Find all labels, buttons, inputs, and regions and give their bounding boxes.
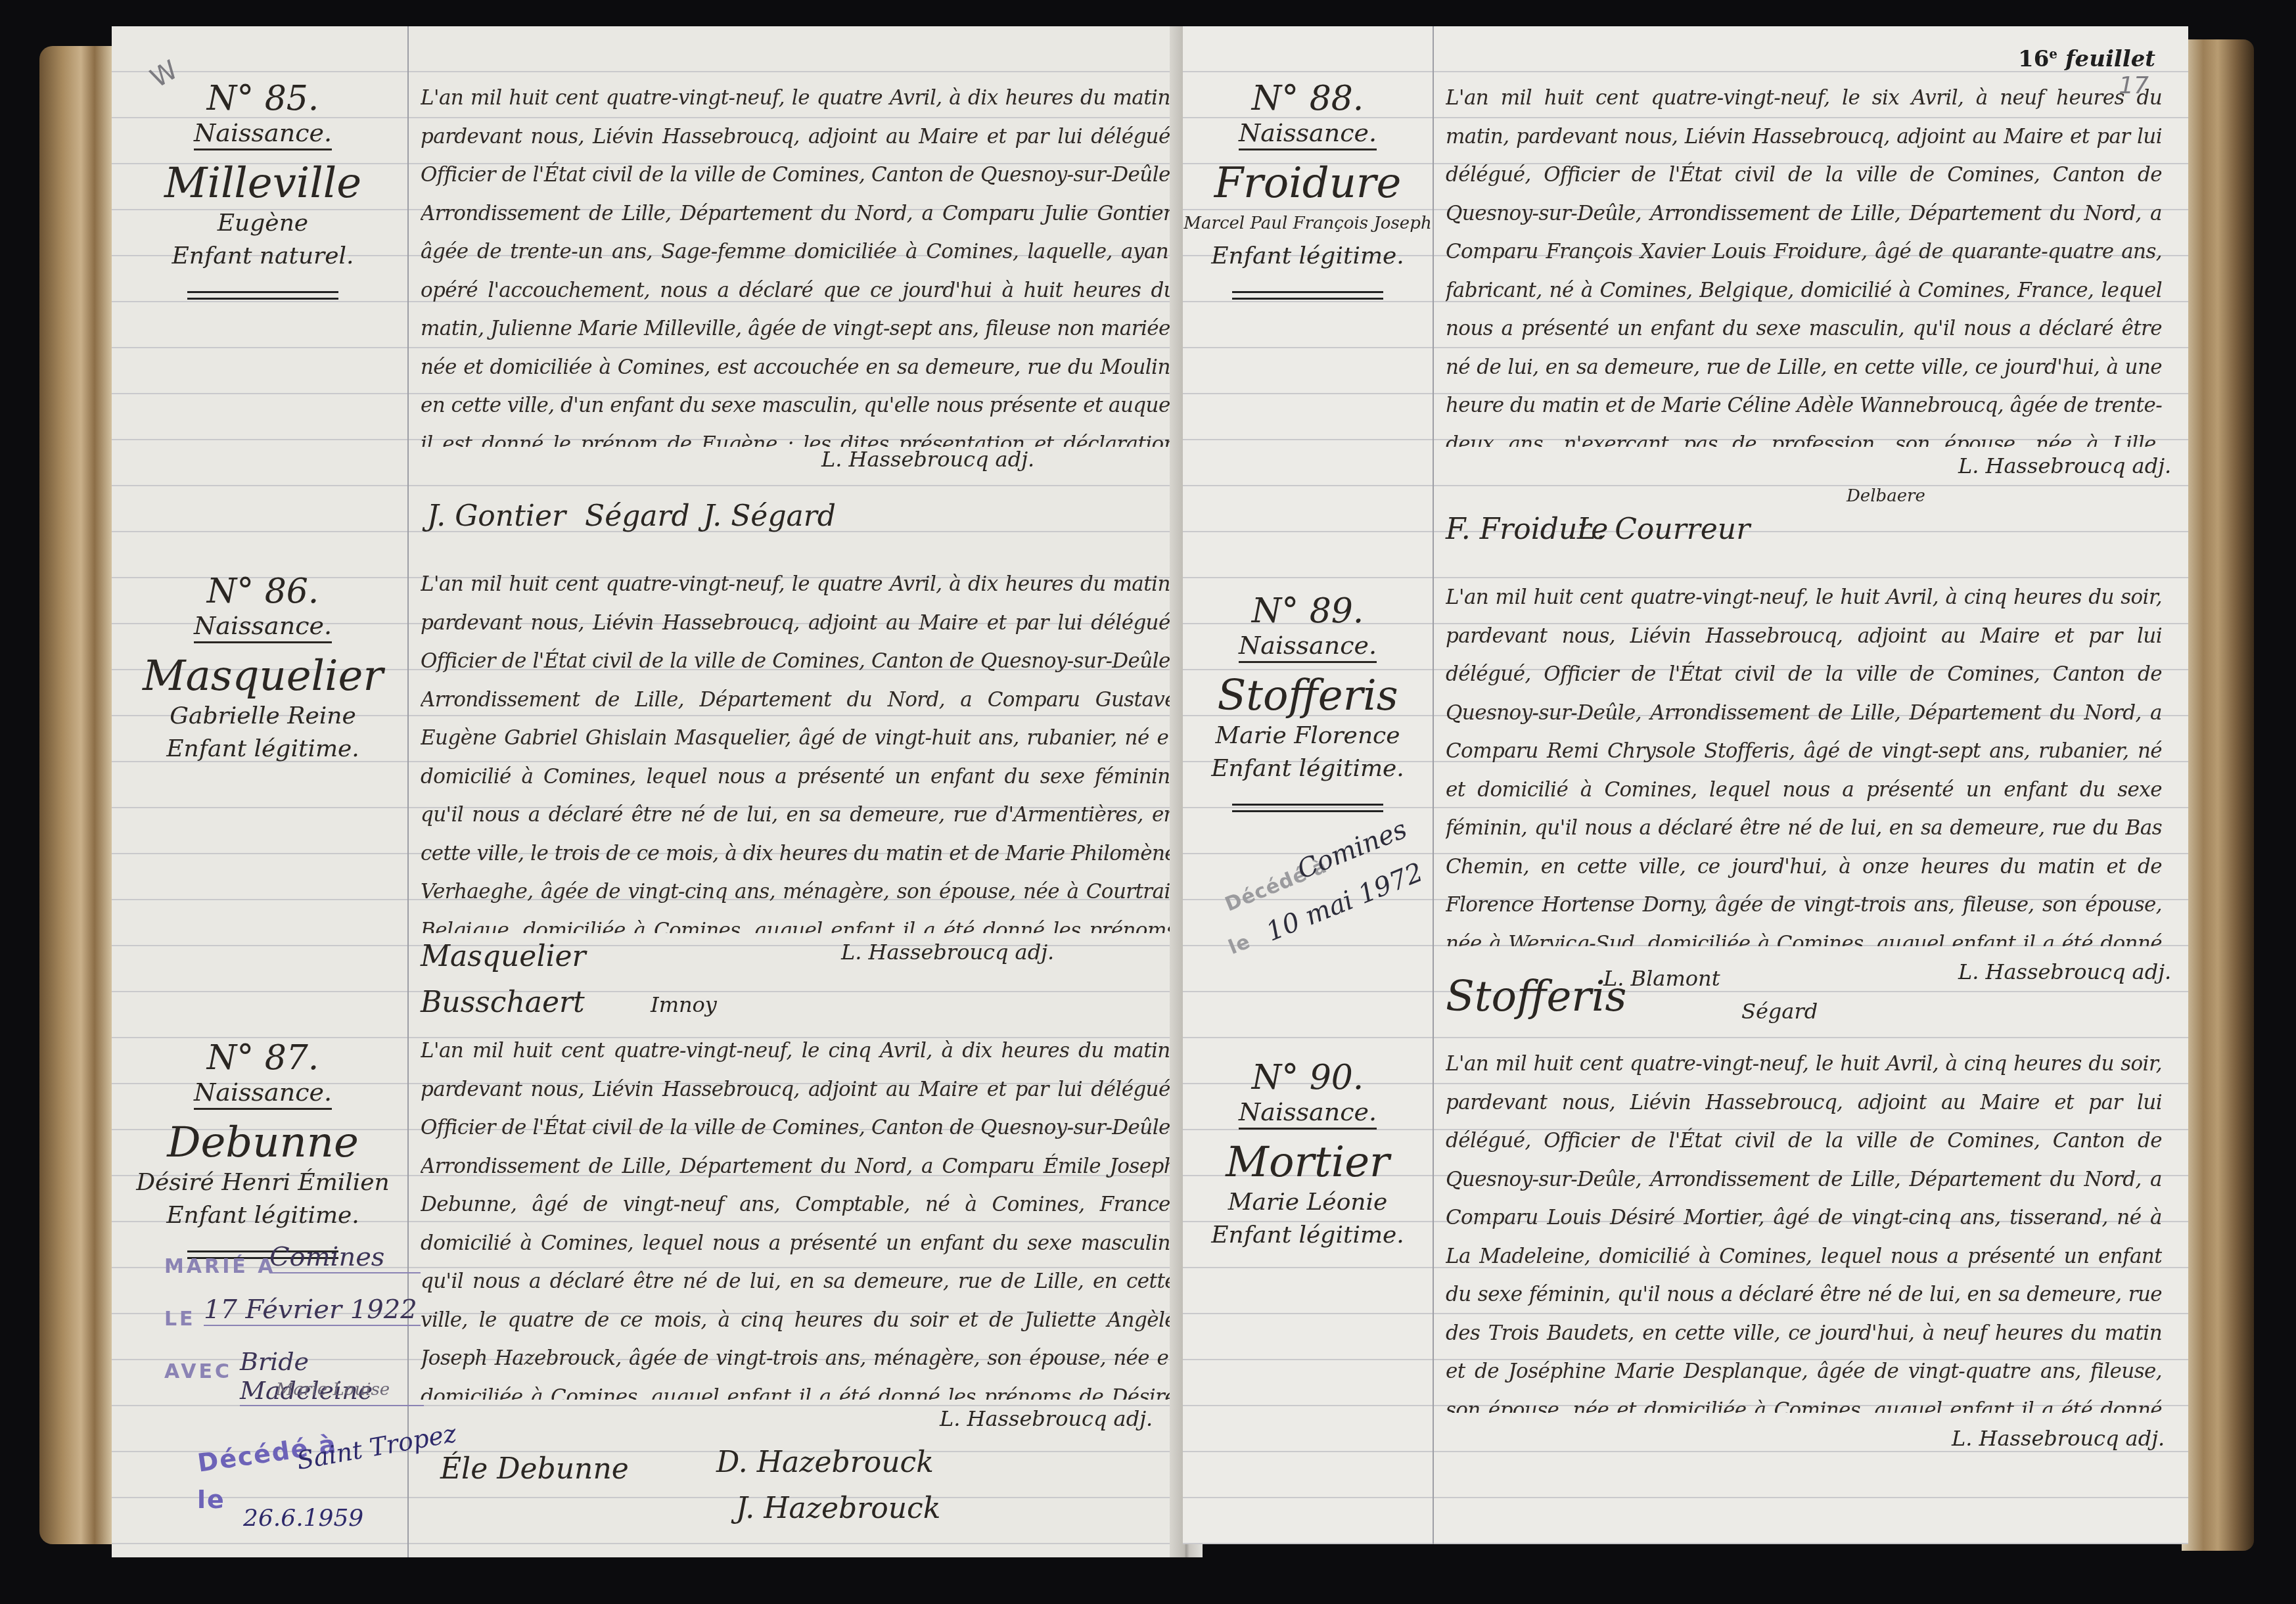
signature-officer: L. Hassebroucq adj.: [1952, 1426, 2165, 1451]
entry-kind: Naissance.: [1239, 631, 1377, 663]
entry-header-88: N° 88. Naissance. Froidure Marcel Paul F…: [1183, 79, 1433, 300]
stamp-value-date: 17 Février 1922: [204, 1295, 421, 1326]
entry-given-names: Eugène: [131, 207, 394, 240]
entry-given-names: Gabrielle Reine: [131, 700, 394, 733]
entry-status: Enfant naturel.: [131, 240, 394, 273]
entry-surname: Masquelier: [131, 653, 394, 700]
signature: Ségard: [585, 499, 690, 533]
book-edge-right: [2182, 39, 2254, 1551]
folio-label: feuillet: [2065, 46, 2155, 72]
stamp-label-date: LE: [164, 1308, 196, 1331]
entry-text-86: L'an mil huit cent quatre-vingt-neuf, le…: [421, 565, 1176, 933]
entry-header-90: N° 90. Naissance. Mortier Marie Léonie E…: [1183, 1058, 1433, 1252]
entry-kind: Naissance.: [194, 1078, 332, 1110]
entry-number: N° 90.: [1183, 1058, 1433, 1097]
entry-header-87: N° 87. Naissance. Debunne Désiré Henri É…: [131, 1038, 394, 1259]
signature: L. Blamont: [1603, 966, 1720, 991]
entry-separator-rule: [1232, 804, 1383, 812]
entry-text-88: L'an mil huit cent quatre-vingt-neuf, le…: [1446, 79, 2162, 447]
entry-given-names: Marie Léonie: [1183, 1186, 1433, 1219]
entry-text-85: L'an mil huit cent quatre-vingt-neuf, le…: [421, 79, 1176, 447]
signature: Ségard: [1741, 999, 1818, 1024]
entry-number: N° 89.: [1183, 591, 1433, 631]
entry-text-89: L'an mil huit cent quatre-vingt-neuf, le…: [1446, 578, 2162, 946]
signature: L. Courreur: [1577, 513, 1750, 546]
entry-surname: Milleville: [131, 160, 394, 207]
entry-kind: Naissance.: [1239, 118, 1377, 150]
stamp-label-married: MARIÉ A: [164, 1255, 276, 1278]
signature: J. Gontier: [427, 499, 566, 533]
entry-separator-rule: [187, 291, 338, 300]
signature: Busschaert: [421, 986, 585, 1019]
entry-number: N° 87.: [131, 1038, 394, 1078]
entry-kind: Naissance.: [194, 118, 332, 150]
stamp-value-spouse-extra: Marie Louise: [276, 1380, 390, 1400]
folio-num: 16: [2018, 46, 2049, 72]
entry-given-names: Marcel Paul François Joseph: [1183, 207, 1433, 240]
entry-surname: Froidure: [1183, 160, 1433, 207]
right-page: 16e feuillet 17 N° 88. Naissance. Froidu…: [1183, 26, 2188, 1544]
entry-surname: Mortier: [1183, 1139, 1433, 1186]
entry-number: N° 85.: [131, 79, 394, 118]
stamp-value-death-date: 26.6.1959: [243, 1505, 363, 1532]
entry-header-85: N° 85. Naissance. Milleville Eugène Enfa…: [131, 79, 394, 300]
signature-officer: L. Hassebroucq adj.: [821, 447, 1034, 472]
entry-status: Enfant légitime.: [1183, 240, 1433, 273]
stamp-label-le: le: [1226, 930, 1254, 959]
entry-given-names: Marie Florence: [1183, 720, 1433, 752]
entry-status: Enfant légitime.: [1183, 1219, 1433, 1252]
signature-officer: L. Hassebroucq adj.: [1958, 959, 2171, 984]
signature: Delbaere: [1847, 486, 1925, 506]
entry-status: Enfant légitime.: [131, 733, 394, 766]
signature-officer: L. Hassebroucq adj.: [1958, 453, 2171, 478]
signature: J. Hazebrouck: [736, 1492, 940, 1525]
entry-surname: Debunne: [131, 1119, 394, 1166]
signature: Imnoy: [651, 992, 717, 1017]
entry-kind: Naissance.: [1239, 1097, 1377, 1130]
signature: Masquelier: [421, 940, 586, 973]
signature: J. Ségard: [703, 499, 836, 533]
entry-text-87: L'an mil huit cent quatre-vingt-neuf, le…: [421, 1032, 1176, 1400]
signature-officer: L. Hassebroucq adj.: [841, 940, 1054, 965]
folio-suffix: e: [2049, 46, 2057, 62]
stamp-label-le: le: [197, 1485, 225, 1514]
open-register-book: W N° 85. Naissance. Milleville Eugène En…: [39, 26, 2254, 1584]
entry-given-names: Désiré Henri Émilien: [131, 1166, 394, 1199]
margin-rule: [407, 26, 409, 1557]
signature: Stofferis: [1446, 973, 1626, 1021]
stamp-label-with: AVEC: [164, 1360, 232, 1383]
entry-status: Enfant légitime.: [131, 1199, 394, 1232]
signature-officer: L. Hassebroucq adj.: [940, 1406, 1153, 1431]
entry-text-90: L'an mil huit cent quatre-vingt-neuf, le…: [1446, 1045, 2162, 1413]
entry-status: Enfant légitime.: [1183, 752, 1433, 785]
stamp-value-place: Comines: [269, 1242, 421, 1273]
entry-separator-rule: [1232, 291, 1383, 300]
stamp-value-death-place: Saint Tropez: [294, 1419, 459, 1475]
entry-number: N° 86.: [131, 572, 394, 611]
signature: D. Hazebrouck: [716, 1446, 934, 1479]
signature: Éle Debunne: [440, 1452, 629, 1486]
entry-surname: Stofferis: [1183, 672, 1433, 720]
folio-number: 16e feuillet: [2018, 46, 2155, 72]
entry-kind: Naissance.: [194, 611, 332, 643]
left-page: W N° 85. Naissance. Milleville Eugène En…: [112, 26, 1189, 1557]
margin-rule: [1433, 26, 1434, 1544]
entry-number: N° 88.: [1183, 79, 1433, 118]
entry-header-89: N° 89. Naissance. Stofferis Marie Floren…: [1183, 591, 1433, 812]
entry-header-86: N° 86. Naissance. Masquelier Gabrielle R…: [131, 572, 394, 766]
